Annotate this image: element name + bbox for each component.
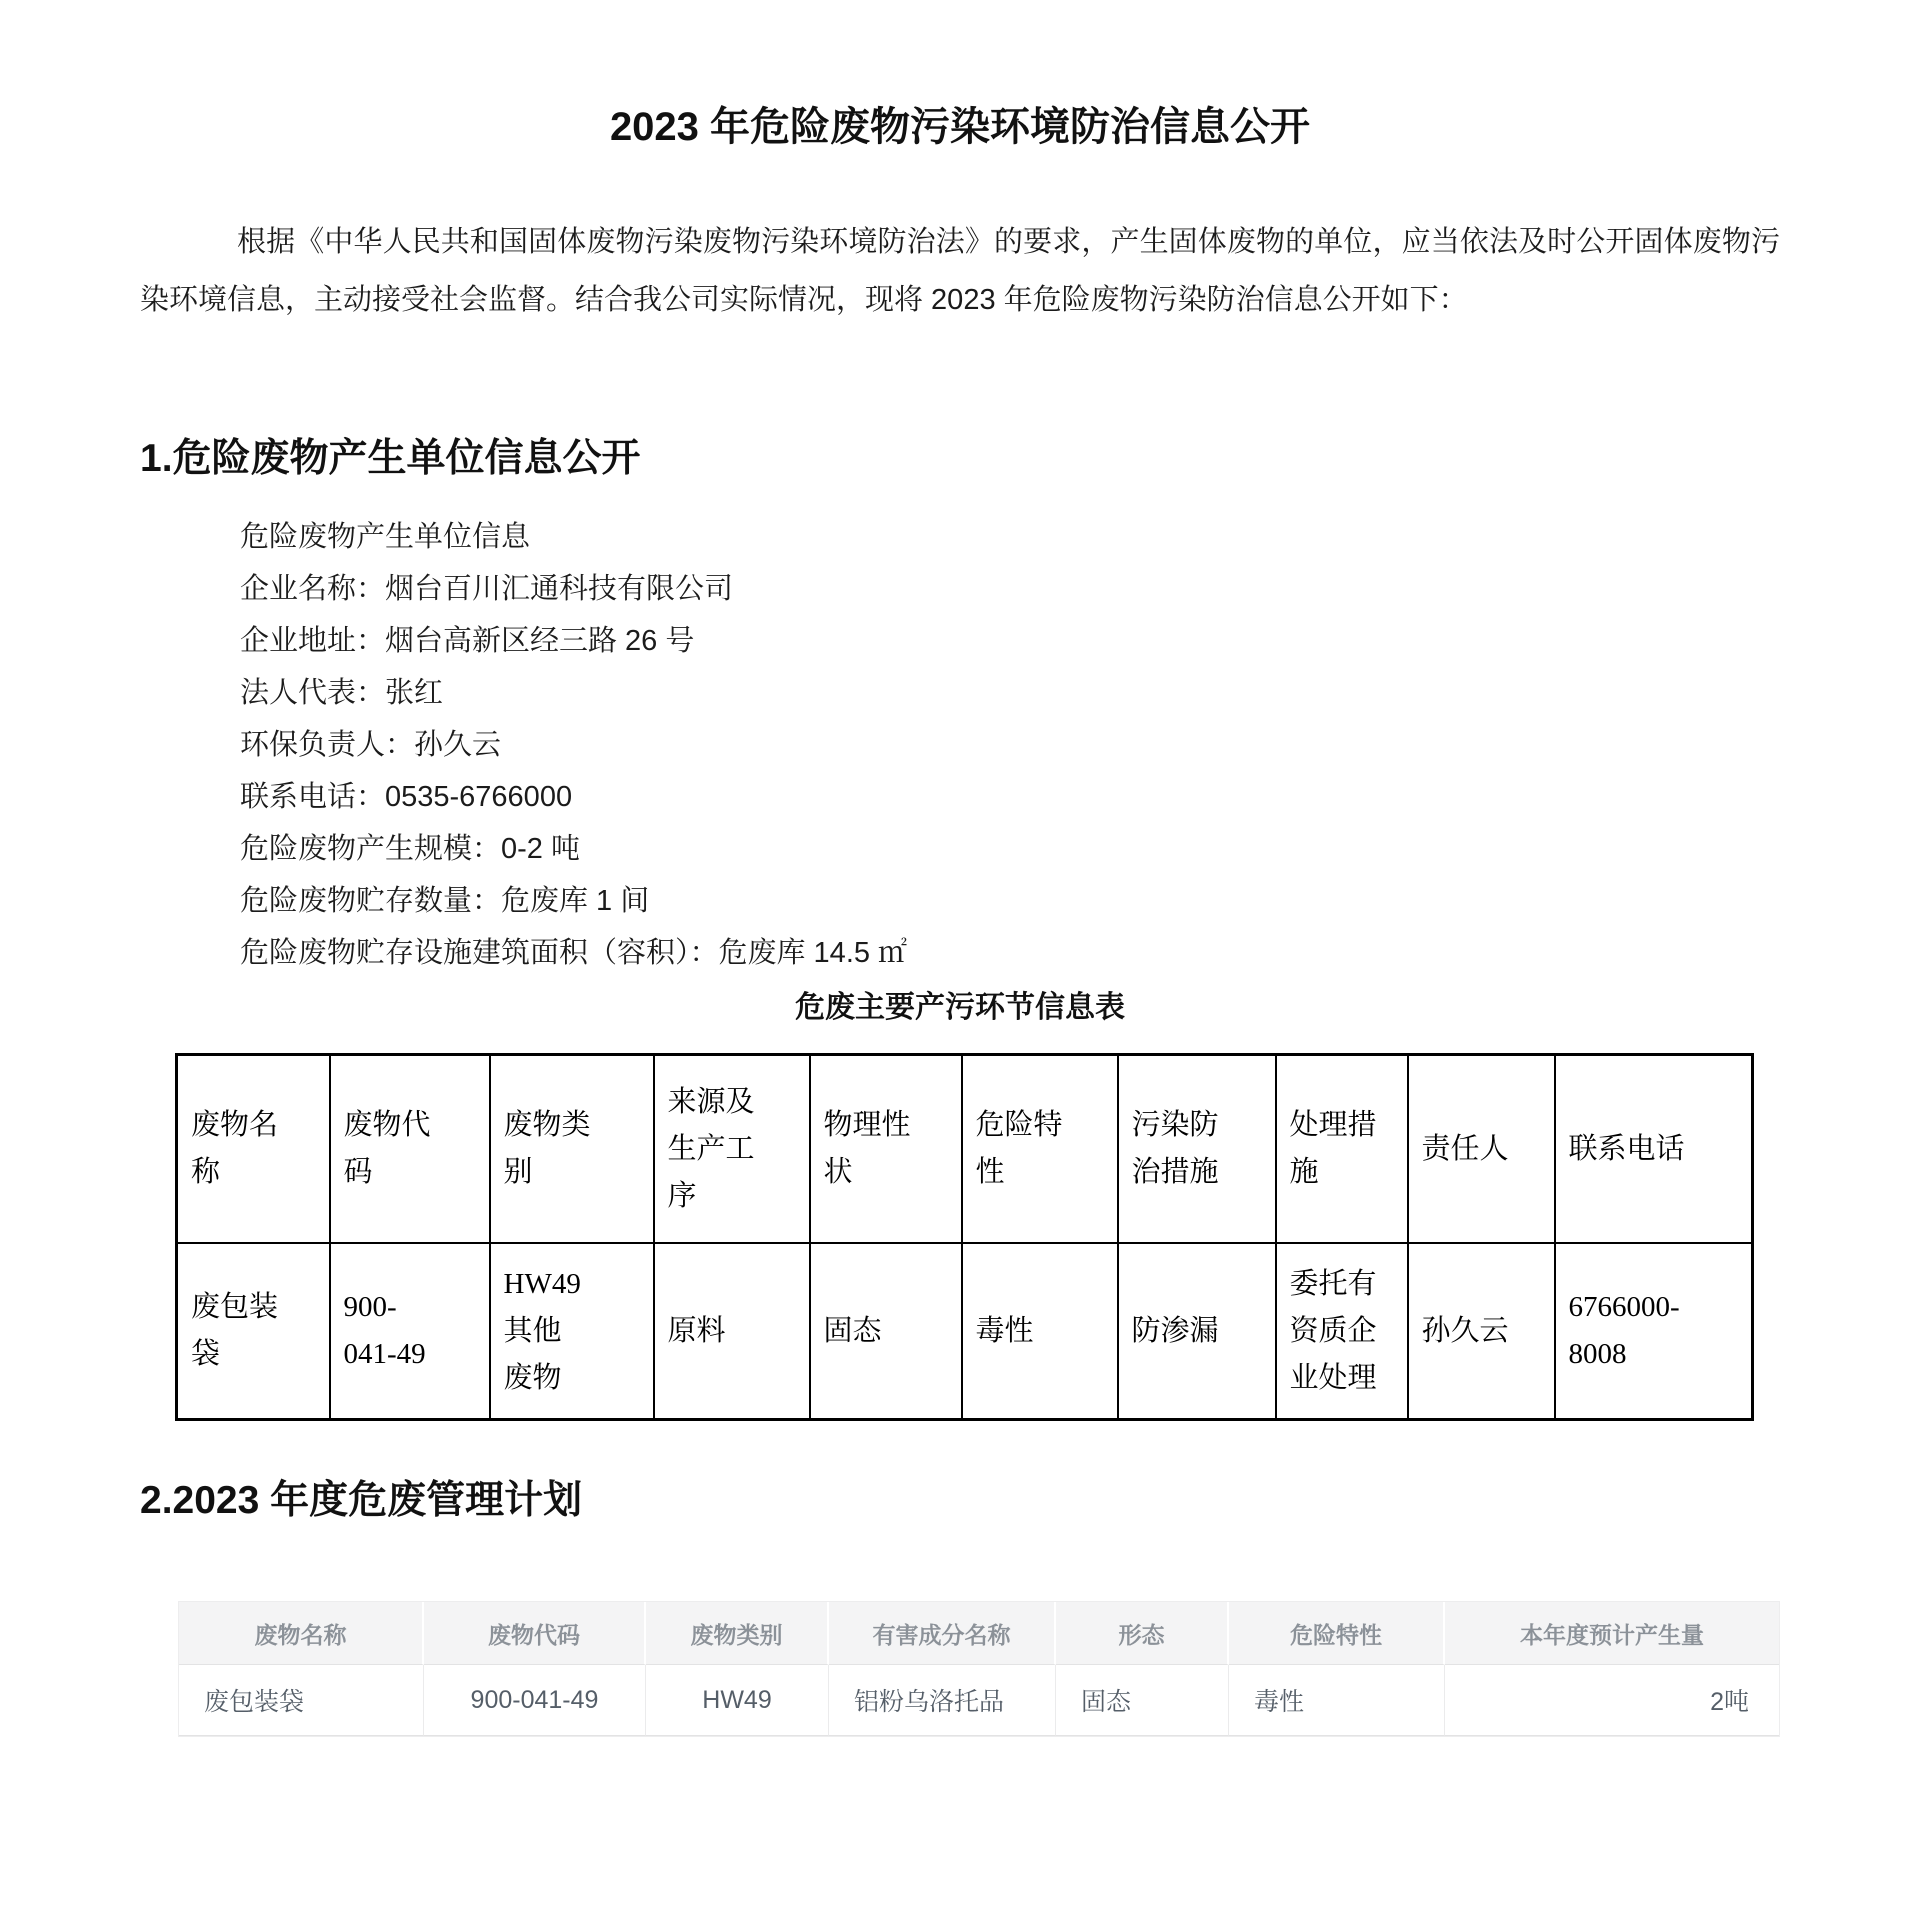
info-line-phone: 联系电话：0535-6766000	[240, 771, 1780, 823]
info-line-storage-count: 危险废物贮存数量：危废库 1 间	[240, 875, 1780, 927]
t2-header-waste-code: 废物代码	[424, 1602, 646, 1665]
section1-heading: 1.危险废物产生单位信息公开	[140, 433, 1780, 485]
t2-cell-expected-annual-output: 2吨	[1445, 1665, 1779, 1736]
info-line-env-officer: 环保负责人：孙久云	[240, 719, 1780, 771]
t2-header-form: 形态	[1056, 1602, 1229, 1665]
t2-cell-harmful-component: 铝粉乌洛托品	[829, 1665, 1056, 1736]
t1-header-contact-phone: 联系电话	[1555, 1055, 1753, 1244]
info-line-company-address: 企业地址：烟台高新区经三路 26 号	[240, 615, 1780, 667]
t1-cell-treatment-measure: 委托有 资质企 业处理	[1276, 1243, 1408, 1420]
info-line-production-scale: 危险废物产生规模：0-2 吨	[240, 823, 1780, 875]
info-line-storage-area: 危险废物贮存设施建筑面积（容积）：危废库 14.5 ㎡	[240, 927, 1780, 979]
t2-header-waste-category: 废物类别	[646, 1602, 829, 1665]
t1-header-waste-name: 废物名 称	[177, 1055, 330, 1244]
company-info-list: 危险废物产生单位信息 企业名称：烟台百川汇通科技有限公司 企业地址：烟台高新区经…	[240, 511, 1780, 979]
table1-data-row: 废包装 袋 900- 041-49 HW49 其他 废物 原料 固态 毒性 防渗…	[177, 1243, 1753, 1420]
t2-header-hazard-trait: 危险特性	[1229, 1602, 1445, 1665]
table1-title: 危废主要产污环节信息表	[140, 987, 1780, 1029]
t2-cell-waste-category: HW49	[646, 1665, 829, 1736]
document-content: 2023 年危险废物污染环境防治信息公开 根据《中华人民共和国固体废物污染废物污…	[0, 0, 1920, 1737]
t1-cell-waste-code: 900- 041-49	[330, 1243, 490, 1420]
t1-header-hazard-trait: 危险特 性	[962, 1055, 1118, 1244]
t1-cell-pollution-prevention: 防渗漏	[1118, 1243, 1276, 1420]
t1-header-treatment-measure: 处理措 施	[1276, 1055, 1408, 1244]
intro-paragraph: 根据《中华人民共和国固体废物污染废物污染环境防治法》的要求，产生固体废物的单位，…	[140, 213, 1780, 329]
t1-cell-source-process: 原料	[654, 1243, 810, 1420]
t1-header-waste-category: 废物类 别	[490, 1055, 654, 1244]
t1-header-physical-state: 物理性 状	[810, 1055, 962, 1244]
t1-cell-waste-name: 废包装 袋	[177, 1243, 330, 1420]
t1-header-waste-code: 废物代 码	[330, 1055, 490, 1244]
pollution-link-info-table: 废物名 称 废物代 码 废物类 别 来源及 生产工 序 物理性 状 危险特 性 …	[175, 1053, 1754, 1421]
t2-header-expected-annual-output: 本年度预计产生量	[1445, 1602, 1779, 1665]
t1-cell-hazard-trait: 毒性	[962, 1243, 1118, 1420]
t1-cell-waste-category: HW49 其他 废物	[490, 1243, 654, 1420]
t1-header-source-process: 来源及 生产工 序	[654, 1055, 810, 1244]
t1-cell-responsible-person: 孙久云	[1408, 1243, 1555, 1420]
t2-cell-hazard-trait: 毒性	[1229, 1665, 1445, 1736]
t2-cell-waste-code: 900-041-49	[424, 1665, 646, 1736]
t1-cell-physical-state: 固态	[810, 1243, 962, 1420]
t1-header-responsible-person: 责任人	[1408, 1055, 1555, 1244]
t1-header-pollution-prevention: 污染防 治措施	[1118, 1055, 1276, 1244]
t2-header-harmful-component: 有害成分名称	[829, 1602, 1056, 1665]
table1-header-row: 废物名 称 废物代 码 废物类 别 来源及 生产工 序 物理性 状 危险特 性 …	[177, 1055, 1753, 1244]
info-line-legal-rep: 法人代表：张红	[240, 667, 1780, 719]
table2-header-row: 废物名称 废物代码 废物类别 有害成分名称 形态 危险特性 本年度预计产生量	[179, 1602, 1779, 1665]
management-plan-table: 废物名称 废物代码 废物类别 有害成分名称 形态 危险特性 本年度预计产生量 废…	[178, 1601, 1780, 1737]
t2-cell-form: 固态	[1056, 1665, 1229, 1736]
info-line-unit-info: 危险废物产生单位信息	[240, 511, 1780, 563]
t2-header-waste-name: 废物名称	[179, 1602, 424, 1665]
t1-cell-contact-phone: 6766000- 8008	[1555, 1243, 1753, 1420]
table2-data-row: 废包装袋 900-041-49 HW49 铝粉乌洛托品 固态 毒性 2吨	[179, 1665, 1779, 1736]
info-line-company-name: 企业名称：烟台百川汇通科技有限公司	[240, 563, 1780, 615]
t2-cell-waste-name: 废包装袋	[179, 1665, 424, 1736]
document-page: { "doc": { "title": "2023 年危险废物污染环境防治信息公…	[0, 0, 1920, 1929]
section2-heading: 2.2023 年度危废管理计划	[140, 1475, 1780, 1527]
document-title: 2023 年危险废物污染环境防治信息公开	[140, 103, 1780, 151]
